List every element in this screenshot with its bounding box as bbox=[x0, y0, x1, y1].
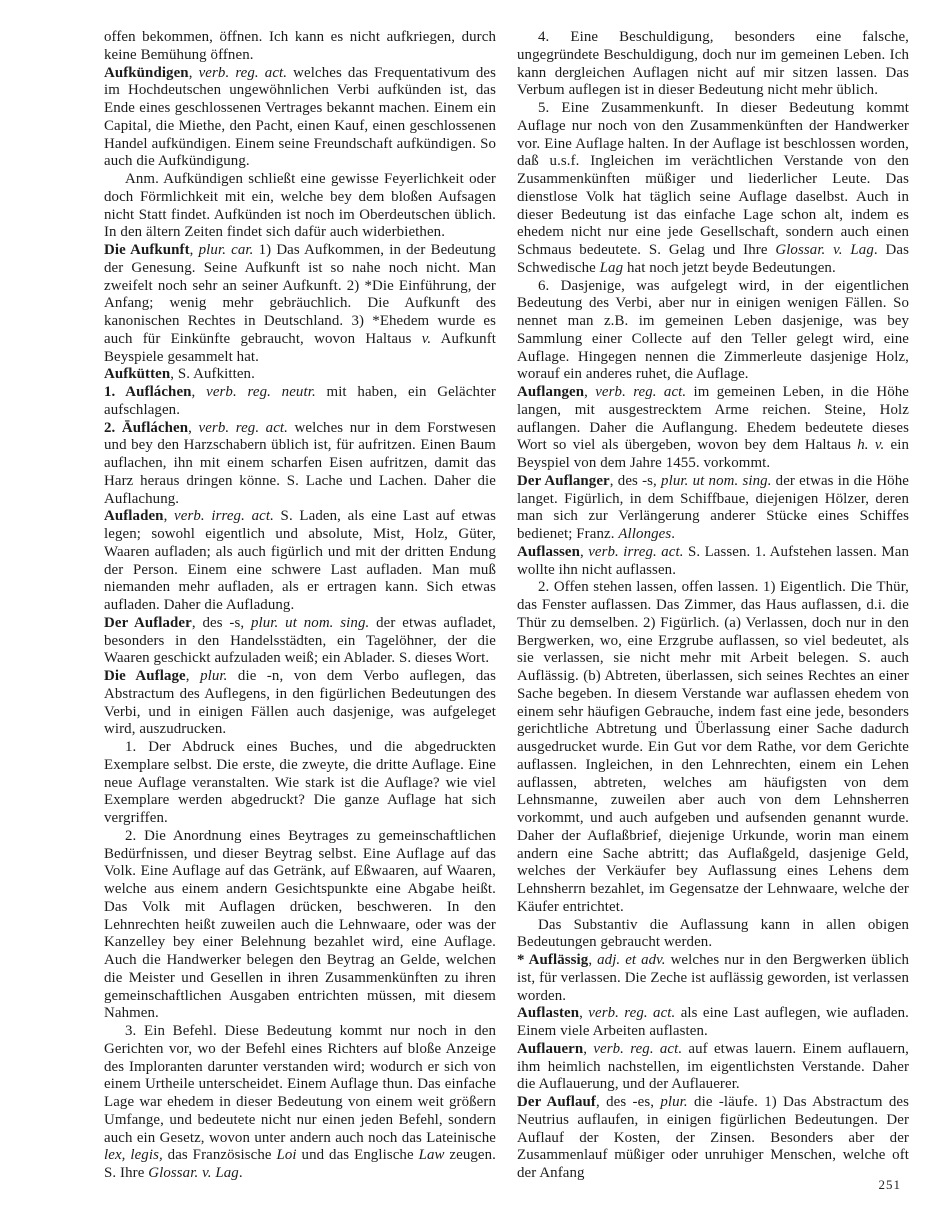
text-run: , bbox=[583, 1041, 593, 1057]
paragraph: Das Substantiv die Auflassung kann in al… bbox=[517, 917, 909, 953]
dictionary-entry: Die Aufkunft, plur. car. 1) Das Aufkomme… bbox=[104, 242, 496, 366]
paragraph: offen bekommen, öffnen. Ich kann es nich… bbox=[104, 29, 496, 65]
text-column-left: offen bekommen, öffnen. Ich kann es nich… bbox=[104, 29, 496, 1183]
headword: Die Auflage bbox=[104, 668, 186, 684]
text-run: 4. Eine Beschuldigung, besonders eine fa… bbox=[517, 29, 909, 98]
paragraph: 1. Der Abdruck eines Buches, und die abg… bbox=[104, 739, 496, 828]
dictionary-entry: Aufkütten, S. Aufkitten. bbox=[104, 366, 496, 384]
text-run: , bbox=[584, 384, 595, 400]
text-run: Das Substantiv die Auflassung kann in al… bbox=[517, 917, 909, 951]
headword: Aufladen bbox=[104, 508, 164, 524]
headword: Der Auflanger bbox=[517, 473, 610, 489]
dictionary-entry: Auflauern, verb. reg. act. auf etwas lau… bbox=[517, 1041, 909, 1094]
grammar-label: verb. reg. act. bbox=[199, 65, 288, 81]
dictionary-entry: Der Auflader, des -s, plur. ut nom. sing… bbox=[104, 615, 496, 668]
dictionary-entry: Der Auflauf, des -es, plur. die -läufe. … bbox=[517, 1094, 909, 1183]
text-run: 5. Eine Zusammenkunft. In dieser Bedeutu… bbox=[517, 100, 909, 258]
paragraph: Anm. Aufkündigen schließt eine gewisse F… bbox=[104, 171, 496, 242]
text-run: , des -s, bbox=[192, 615, 251, 631]
text-run: hat noch jetzt beyde Bedeutungen. bbox=[623, 260, 836, 276]
text-run: , bbox=[164, 508, 174, 524]
text-run: , bbox=[188, 420, 198, 436]
grammar-label: plur. ut nom. sing. bbox=[661, 473, 771, 489]
text-run: . bbox=[239, 1165, 243, 1181]
dictionary-entry: Auflangen, verb. reg. act. im gemeinen L… bbox=[517, 384, 909, 473]
dictionary-entry: Auflassen, verb. irreg. act. S. Lassen. … bbox=[517, 544, 909, 580]
grammar-label: Loi bbox=[277, 1147, 297, 1163]
grammar-label: plur. car. bbox=[199, 242, 254, 258]
grammar-label: verb. reg. act. bbox=[588, 1005, 675, 1021]
text-run: das Französische bbox=[163, 1147, 277, 1163]
grammar-label: adj. et adv. bbox=[597, 952, 666, 968]
dictionary-entry: Auflasten, verb. reg. act. als eine Last… bbox=[517, 1005, 909, 1041]
text-run: , bbox=[579, 1005, 588, 1021]
text-run: , des -es, bbox=[596, 1094, 660, 1110]
grammar-label: Allonges bbox=[618, 526, 671, 542]
text-run: , bbox=[192, 384, 207, 400]
grammar-label: verb. reg. neutr. bbox=[206, 384, 316, 400]
dictionary-entry: Aufladen, verb. irreg. act. S. Laden, al… bbox=[104, 508, 496, 615]
headword: 1. Aufláchen bbox=[104, 384, 192, 400]
text-run: und das Englische bbox=[297, 1147, 419, 1163]
grammar-label: verb. reg. act. bbox=[593, 1041, 682, 1057]
paragraph: 4. Eine Beschuldigung, besonders eine fa… bbox=[517, 29, 909, 100]
text-run: 1. Der Abdruck eines Buches, und die abg… bbox=[104, 739, 496, 826]
document-page: { "page": { "number": "251", "columns": … bbox=[0, 0, 935, 1210]
headword: * Auflässig bbox=[517, 952, 588, 968]
headword: Auflauern bbox=[517, 1041, 583, 1057]
headword: Auflasten bbox=[517, 1005, 579, 1021]
text-run: , des -s, bbox=[610, 473, 661, 489]
grammar-label: lex, legis, bbox=[104, 1147, 163, 1163]
headword: 2. Āufláchen bbox=[104, 420, 188, 436]
text-run: 2. Offen stehen lassen, offen lassen. 1)… bbox=[517, 579, 909, 915]
text-run: 6. Dasjenige, was aufgelegt wird, in der… bbox=[517, 278, 909, 383]
headword: Aufkündigen bbox=[104, 65, 189, 81]
paragraph: 2. Offen stehen lassen, offen lassen. 1)… bbox=[517, 579, 909, 916]
text-run: , bbox=[186, 668, 200, 684]
text-run: offen bekommen, öffnen. Ich kann es nich… bbox=[104, 29, 496, 63]
grammar-label: plur. ut nom. sing. bbox=[251, 615, 369, 631]
dictionary-entry: Aufkündigen, verb. reg. act. welches das… bbox=[104, 65, 496, 172]
headword: Aufkütten bbox=[104, 366, 170, 382]
dictionary-entry: 2. Āufláchen, verb. reg. act. welches nu… bbox=[104, 420, 496, 509]
dictionary-entry: Der Auflanger, des -s, plur. ut nom. sin… bbox=[517, 473, 909, 544]
text-run: , bbox=[580, 544, 588, 560]
grammar-label: Lag bbox=[600, 260, 623, 276]
grammar-label: plur. bbox=[200, 668, 227, 684]
dictionary-entry: * Auflässig, adj. et adv. welches nur in… bbox=[517, 952, 909, 1005]
paragraph: 3. Ein Befehl. Diese Bedeutung kommt nur… bbox=[104, 1023, 496, 1183]
grammar-label: Glossar. v. Lag bbox=[775, 242, 874, 258]
text-run: , bbox=[190, 242, 199, 258]
headword: Der Auflauf bbox=[517, 1094, 596, 1110]
headword: Auflassen bbox=[517, 544, 580, 560]
text-run: , bbox=[189, 65, 199, 81]
grammar-label: verb. reg. act. bbox=[199, 420, 288, 436]
paragraph: 5. Eine Zusammenkunft. In dieser Bedeutu… bbox=[517, 100, 909, 278]
headword: Der Auflader bbox=[104, 615, 192, 631]
grammar-label: verb. irreg. act. bbox=[174, 508, 274, 524]
text-run: , S. Aufkitten. bbox=[170, 366, 255, 382]
text-run: , bbox=[588, 952, 597, 968]
headword: Die Aufkunft bbox=[104, 242, 190, 258]
text-block: offen bekommen, öffnen. Ich kann es nich… bbox=[104, 29, 909, 1183]
dictionary-entry: Die Auflage, plur. die -n, von dem Verbo… bbox=[104, 668, 496, 739]
grammar-label: h. v. bbox=[857, 437, 884, 453]
paragraph: 6. Dasjenige, was aufgelegt wird, in der… bbox=[517, 278, 909, 385]
text-column-right: 4. Eine Beschuldigung, besonders eine fa… bbox=[517, 29, 909, 1183]
grammar-label: Law bbox=[419, 1147, 445, 1163]
page-number: 251 bbox=[879, 1177, 902, 1193]
grammar-label: Glossar. v. Lag bbox=[148, 1165, 239, 1181]
headword: Auflangen bbox=[517, 384, 584, 400]
text-run: 3. Ein Befehl. Diese Bedeutung kommt nur… bbox=[104, 1023, 496, 1146]
grammar-label: plur. bbox=[660, 1094, 687, 1110]
grammar-label: v. bbox=[422, 331, 431, 347]
text-run: Anm. Aufkündigen schließt eine gewisse F… bbox=[104, 171, 496, 240]
text-run: . bbox=[671, 526, 675, 542]
paragraph: 2. Die Anordnung eines Beytrages zu geme… bbox=[104, 828, 496, 1023]
grammar-label: verb. irreg. act. bbox=[588, 544, 683, 560]
text-run: 2. Die Anordnung eines Beytrages zu geme… bbox=[104, 828, 496, 1022]
dictionary-entry: 1. Aufláchen, verb. reg. neutr. mit habe… bbox=[104, 384, 496, 420]
grammar-label: verb. reg. act. bbox=[595, 384, 686, 400]
